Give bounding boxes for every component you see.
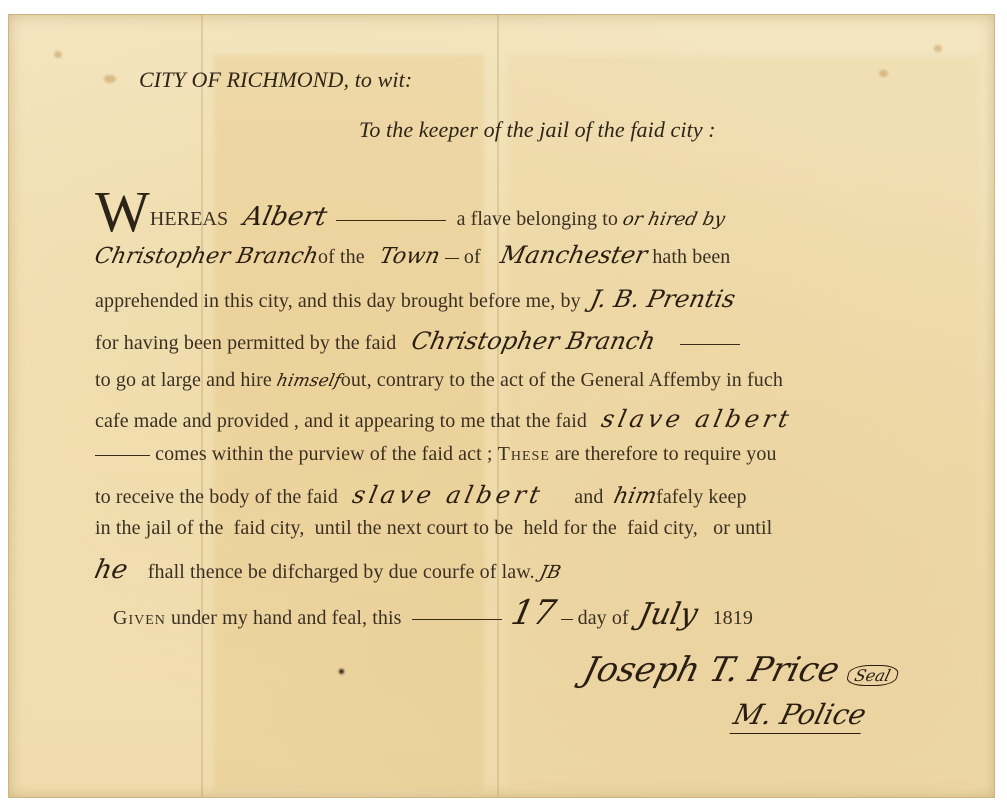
body-line-9: in the jail of the faid city, until the … [95, 517, 772, 540]
body-line-11: Given under my hand and feal, this 17 da… [113, 593, 753, 633]
printed-text: a flave belonging to [457, 208, 618, 230]
body-line-1: WHEREAS Albert a flave belonging to or h… [95, 183, 725, 241]
body-line-7: comes within the purview of the faid act… [95, 443, 777, 466]
handwritten-owner: Christopher Branch [409, 327, 658, 355]
stain-spot [54, 51, 62, 58]
blank-fill-line [95, 455, 150, 456]
drop-cap: W [95, 179, 150, 244]
stain-spot [104, 75, 116, 83]
handwritten-subject: slave albert [599, 405, 795, 433]
body-line-2: Christopher Branchof the Town of Manches… [95, 241, 730, 269]
addressee: To the keeper of the jail of the faid ci… [359, 117, 716, 143]
printed-text: apprehended in this city, and this day b… [95, 290, 581, 312]
body-line-10: he fhall thence be difcharged by due cou… [95, 555, 560, 585]
printed-text: of [464, 246, 481, 268]
handwritten-text: or hired by [621, 209, 727, 230]
handwritten-name: Albert [240, 202, 329, 232]
printed-text: are therefore to require you [555, 443, 777, 465]
handwritten-officer: J. B. Prentis [588, 285, 738, 313]
printed-text: fhall thence be difcharged by due courfe… [148, 561, 535, 583]
handwritten-text: himself [275, 371, 343, 391]
stain-spot [934, 45, 942, 52]
printed-text: hath been [652, 246, 730, 268]
printed-text: comes within the purview of the faid act… [155, 443, 492, 465]
handwritten-text: he [92, 555, 131, 585]
printed-text: under my hand and feal, this [171, 607, 402, 629]
handwritten-initials: JB [537, 562, 562, 583]
blank-fill-line [412, 619, 502, 620]
signature-title: M. Police [730, 698, 870, 734]
these-text: These [498, 443, 550, 465]
city-name: CITY OF RICHMOND, [139, 67, 349, 92]
printed-text: cafe made and provided , and it appearin… [95, 410, 587, 432]
ink-dot [339, 669, 344, 674]
given-text: Given [113, 607, 166, 629]
whereas-text: HEREAS [150, 208, 228, 230]
printed-text: out, contrary to the act of the General … [341, 369, 783, 391]
handwritten-day: 17 [508, 593, 560, 633]
body-line-3: apprehended in this city, and this day b… [95, 285, 735, 313]
blank-fill-line [680, 344, 740, 345]
body-line-6: cafe made and provided , and it appearin… [95, 405, 793, 433]
header-city: CITY OF RICHMOND, to wit: [139, 67, 412, 93]
handwritten-text: him [611, 484, 659, 509]
body-line-4: for having been permitted by the faid Ch… [95, 327, 740, 355]
body-line-8: to receive the body of the faid slave al… [95, 481, 747, 509]
printed-text: fafely keep [656, 486, 747, 508]
to-wit: to wit: [355, 67, 413, 92]
handwritten-owner: Christopher Branch [92, 244, 320, 269]
printed-text: day of [578, 607, 629, 629]
blank-fill-line [336, 220, 446, 221]
printed-text: in the jail of the faid city, until the … [95, 517, 772, 539]
handwritten-place: Manchester [498, 241, 650, 269]
blank-fill-line [445, 258, 459, 259]
handwritten-text: Town [377, 244, 442, 269]
handwritten-month: July [635, 597, 701, 632]
body-line-5: to go at large and hire himselfout, cont… [95, 369, 783, 392]
printed-text: of the [318, 246, 365, 268]
signature-name: Joseph T. Price Seal [579, 650, 903, 690]
printed-text: to receive the body of the faid [95, 486, 338, 508]
signature-text: Joseph T. Price [579, 650, 844, 690]
printed-text: for having been permitted by the faid [95, 332, 396, 354]
printed-text: and [574, 486, 603, 508]
year-text: 1819 [713, 607, 753, 629]
blank-fill-line [561, 619, 573, 620]
printed-text: to go at large and hire [95, 369, 272, 391]
document-paper: CITY OF RICHMOND, to wit: To the keeper … [8, 14, 995, 798]
seal-mark: Seal [845, 665, 899, 686]
stain-spot [879, 70, 888, 77]
handwritten-subject: slave albert [350, 481, 546, 509]
